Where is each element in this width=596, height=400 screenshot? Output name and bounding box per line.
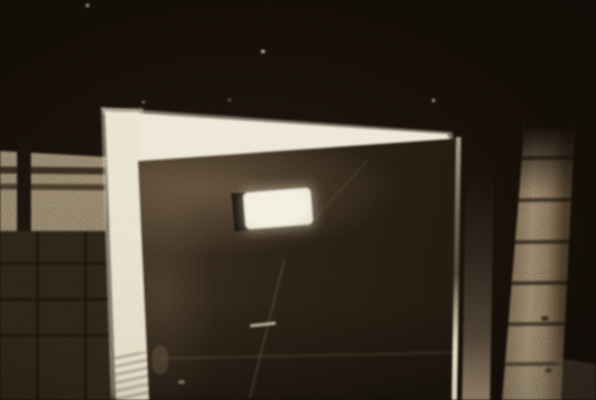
photo-doorway	[0, 0, 596, 400]
vignette-overlay	[0, 0, 596, 400]
